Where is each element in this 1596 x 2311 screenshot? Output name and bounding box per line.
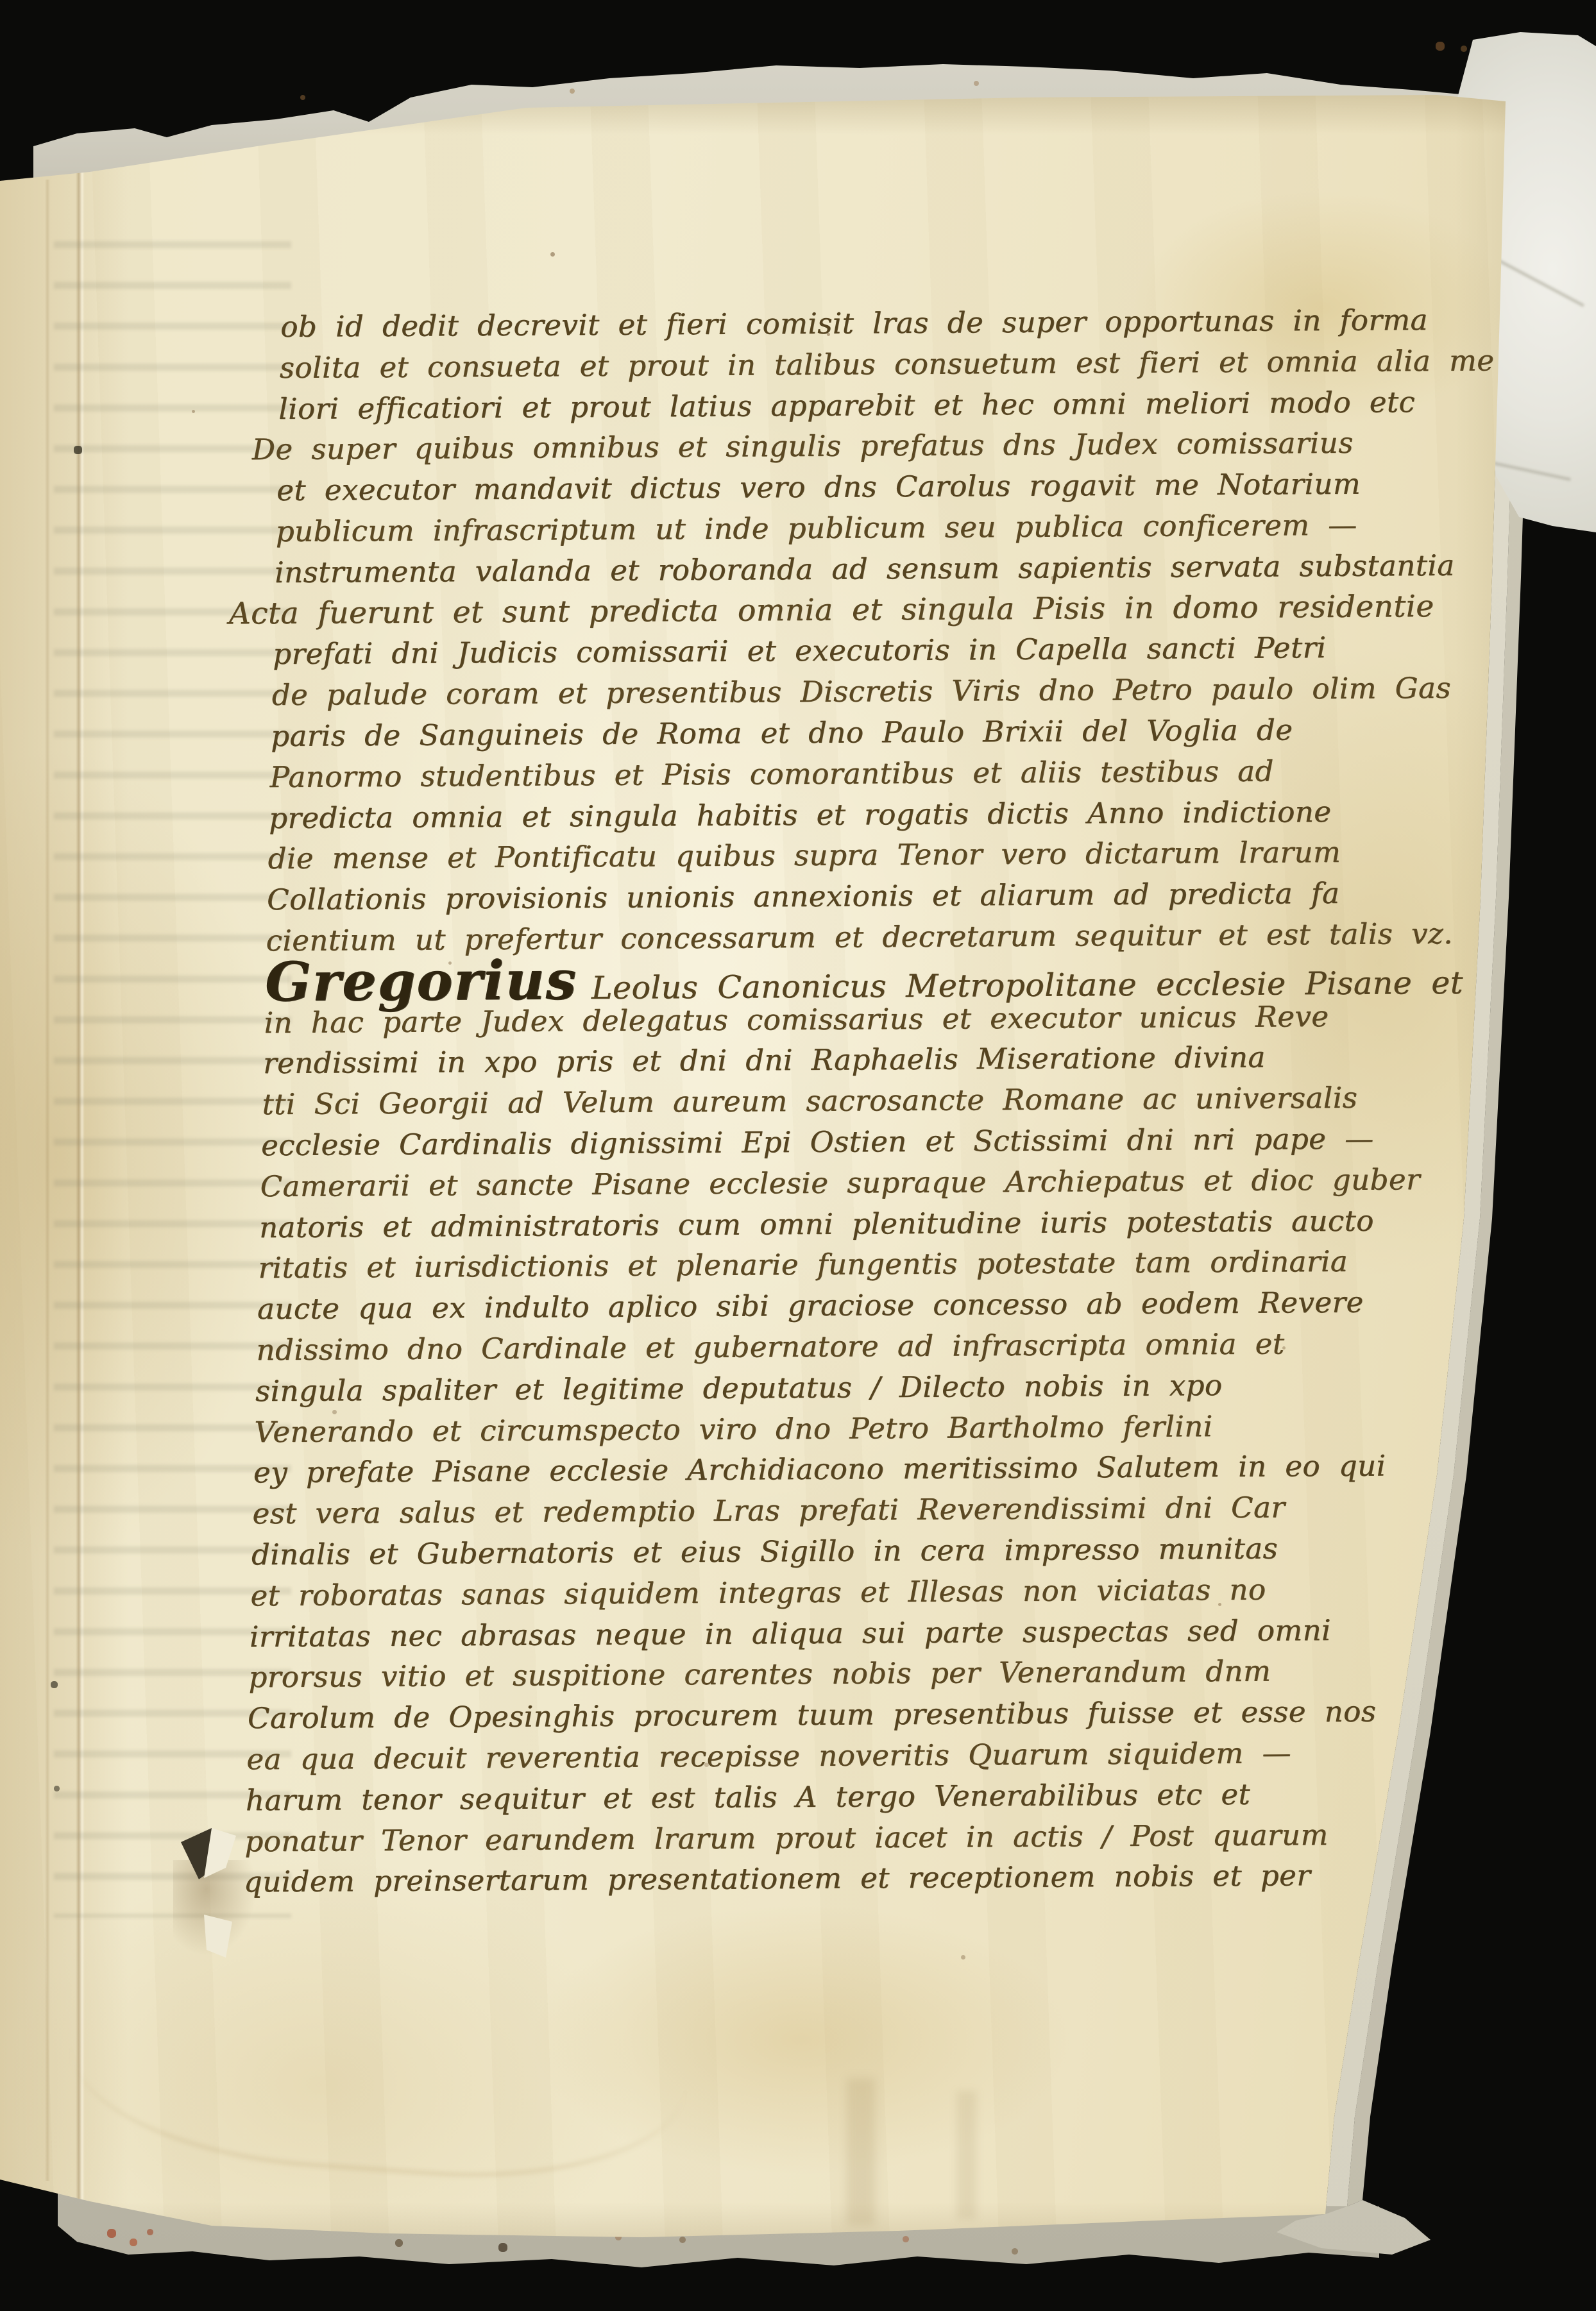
- manuscript-line: ea qua decuit reverentia recepisse nover…: [246, 1732, 1291, 1780]
- text-block: ob id dedit decrevit et fieri comisit lr…: [280, 300, 1419, 1923]
- manuscript-line: natoris et administratoris cum omni plen…: [259, 1200, 1374, 1248]
- manuscript-line: irritatas nec abrasas neque in aliqua su…: [250, 1610, 1331, 1657]
- manuscript-line: et roboratas sanas siquidem integras et …: [250, 1569, 1266, 1616]
- manuscript-line: ritatis et iurisdictionis et plenarie fu…: [258, 1241, 1348, 1289]
- manuscript-line: De super quibus omnibus et singulis pref…: [251, 423, 1353, 470]
- manuscript-line: tti Sci Georgii ad Velum aureum sacrosan…: [262, 1078, 1357, 1125]
- manuscript-line: paris de Sanguineis de Roma et dno Paulo…: [271, 709, 1293, 757]
- manuscript-line: aucte qua ex indulto aplico sibi gracios…: [257, 1282, 1364, 1330]
- manuscript-line: ecclesie Cardinalis dignissimi Epi Ostie…: [261, 1119, 1374, 1167]
- manuscript-line: ob id dedit decrevit et fieri comisit lr…: [280, 300, 1428, 348]
- vertical-crease: [45, 180, 50, 2181]
- manuscript-line: Venerando et circumspecto viro dno Petro…: [254, 1406, 1212, 1453]
- manuscript-line: est vera salus et redemptio Lras prefati…: [252, 1487, 1285, 1535]
- manuscript-line: singula spaliter et legitime deputatus /…: [255, 1365, 1223, 1412]
- manuscript-line: publicum infrascriptum ut inde publicum …: [275, 505, 1357, 552]
- manuscript-line: predicta omnia et singula habitis et rog…: [269, 791, 1332, 839]
- manuscript-line: instrumenta valanda et roboranda ad sens…: [275, 545, 1455, 593]
- manuscript-line: ponatur Tenor earundem lrarum prout iace…: [244, 1815, 1329, 1862]
- manuscript-line: quidem preinsertarum presentationem et r…: [244, 1856, 1311, 1903]
- manuscript-line: Collationis provisionis unionis annexion…: [267, 873, 1340, 920]
- cockling-streak: [847, 2078, 875, 2226]
- manuscript-line: liori efficatiori et prout latius appare…: [278, 382, 1415, 430]
- manuscript-line: dinalis et Gubernatoris et eius Sigillo …: [251, 1528, 1278, 1576]
- manuscript-line: ndissimo dno Cardinale et gubernatore ad…: [256, 1323, 1284, 1371]
- manuscript-line: Panormo studentibus et Pisis comorantibu…: [269, 750, 1273, 798]
- manuscript-line: Camerarii et sancte Pisane ecclesie supr…: [260, 1159, 1420, 1207]
- manuscript-line: Carolum de Opesinghis procurem tuum pres…: [248, 1691, 1377, 1740]
- manuscript-line: in hac parte Judex delegatus comissarius…: [264, 996, 1329, 1044]
- manuscript-line: et executor mandavit dictus vero dns Car…: [276, 464, 1361, 511]
- manuscript-line: Acta fuerunt et sunt predicta omnia et s…: [228, 586, 1434, 634]
- manuscript-line: harum tenor sequitur et est talis A terg…: [246, 1774, 1251, 1822]
- manuscript-line: rendissimi in xpo pris et dni dni Raphae…: [263, 1037, 1266, 1085]
- manuscript-line: de palude coram et presentibus Discretis…: [271, 668, 1451, 716]
- bottom-edge-specks: [0, 0, 3, 3]
- manuscript-line: prefati dni Judicis comissarii et execut…: [273, 627, 1327, 675]
- cockling-streak: [957, 2091, 976, 2219]
- manuscript-line: die mense et Pontificatu quibus supra Te…: [267, 832, 1341, 879]
- manuscript-line: solita et consueta et prout in talibus c…: [279, 340, 1494, 389]
- manuscript-page: ob id dedit decrevit et fieri comisit lr…: [0, 0, 1596, 2311]
- manuscript-line: ey prefate Pisane ecclesie Archidiacono …: [253, 1446, 1386, 1494]
- manuscript-line: prorsus vitio et suspitione carentes nob…: [248, 1651, 1271, 1698]
